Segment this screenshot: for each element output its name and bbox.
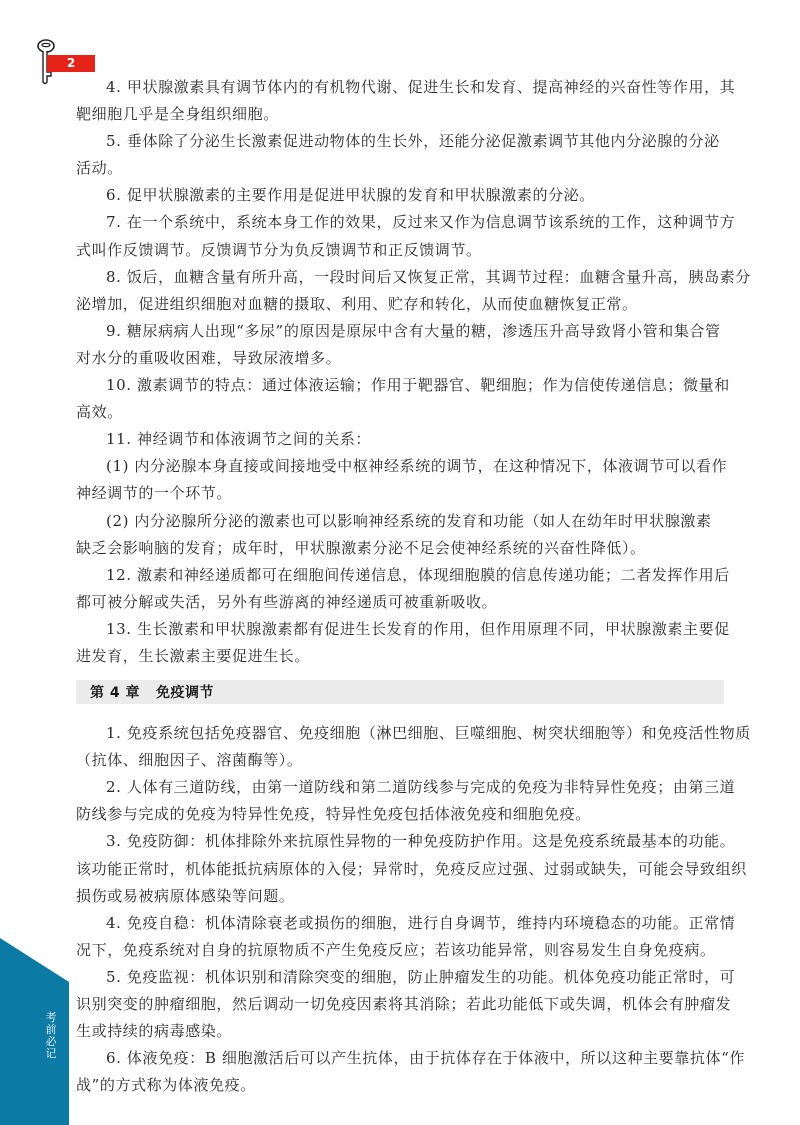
text-line: 况下，免疫系统对自身的抗原物质不产生免疫反应；若该功能异常，则容易发生自身免疫病… (76, 937, 736, 964)
text-line: 该功能正常时，机体能抵抗病原体的入侵；异常时，免疫反应过强、过弱或缺失，可能会导… (76, 856, 736, 883)
text-line: 5. 垂体除了分泌生长激素促进动物体的生长外，还能分泌促激素调节其他内分泌腺的分… (76, 128, 736, 155)
text-line: 都可被分解或失活，另外有些游离的神经递质可被重新吸收。 (76, 589, 736, 616)
chapter-name: 免疫调节 (156, 685, 214, 701)
text-line: 生或持续的病毒感染。 (76, 1018, 736, 1045)
section-immune-regulation: 1. 免疫系统包括免疫器官、免疫细胞（淋巴细胞、巨噬细胞、树突状细胞等）和免疫活… (76, 720, 736, 1099)
text-line: 2. 人体有三道防线，由第一道防线和第二道防线参与完成的免疫为非特异性免疫；由第… (76, 774, 736, 801)
text-line: 高效。 (76, 399, 736, 426)
text-line: （抗体、细胞因子、溶菌酶等）。 (76, 747, 736, 774)
text-line: 神经调节的一个环节。 (76, 480, 736, 507)
text-line: 7. 在一个系统中，系统本身工作的效果，反过来又作为信息调节该系统的工作，这种调… (76, 209, 736, 236)
text-line: 损伤或易被病原体感染等问题。 (76, 883, 736, 910)
text-line: 进发育，生长激素主要促进生长。 (76, 643, 736, 670)
text-line: 式叫作反馈调节。反馈调节分为负反馈调节和正反馈调节。 (76, 237, 736, 264)
text-line: 靶细胞几乎是全身组织细胞。 (76, 101, 736, 128)
text-line: 泌增加，促进组织细胞对血糖的摄取、利用、贮存和转化，从而使血糖恢复正常。 (76, 291, 736, 318)
text-line: 11. 神经调节和体液调节之间的关系： (76, 426, 736, 453)
text-line: 战”的方式称为体液免疫。 (76, 1072, 736, 1099)
text-line: 6. 体液免疫：B 细胞激活后可以产生抗体，由于抗体存在于体液中，所以这种主要靠… (76, 1045, 736, 1072)
document-body: 4. 甲状腺激素具有调节体内的有机物代谢、促进生长和发育、提高神经的兴奋性等作用… (76, 74, 736, 1099)
page-number-badge: 2 (47, 55, 95, 72)
text-line: 12. 激素和神经递质都可在细胞间传递信息，体现细胞膜的信息传递功能；二者发挥作… (76, 562, 736, 589)
text-line: 8. 饭后，血糖含量有所升高，一段时间后又恢复正常，其调节过程：血糖含量升高，胰… (76, 264, 736, 291)
text-line: 5. 免疫监视：机体识别和清除突变的细胞，防止肿瘤发生的功能。机体免疫功能正常时… (76, 964, 736, 991)
text-line: 10. 激素调节的特点：通过体液运输；作用于靶器官、靶细胞；作为信使传递信息；微… (76, 372, 736, 399)
text-line: 1. 免疫系统包括免疫器官、免疫细胞（淋巴细胞、巨噬细胞、树突状细胞等）和免疫活… (76, 720, 736, 747)
text-line: 防线参与完成的免疫为特异性免疫，特异性免疫包括体液免疫和细胞免疫。 (76, 801, 736, 828)
text-line: 4. 免疫自稳：机体清除衰老或损伤的细胞，进行自身调节，维持内环境稳态的功能。正… (76, 910, 736, 937)
chapter-title: 第 4 章免疫调节 (76, 682, 214, 702)
text-line: 活动。 (76, 155, 736, 182)
chapter-number: 第 4 章 (90, 685, 140, 701)
text-line: 13. 生长激素和甲状腺激素都有促进生长发育的作用，但作用原理不同，甲状腺激素主… (76, 616, 736, 643)
side-tab-label: 考前必记 (44, 1012, 58, 1060)
text-line: 3. 免疫防御：机体排除外来抗原性异物的一种免疫防护作用。这是免疫系统最基本的功… (76, 828, 736, 855)
text-line: 9. 糖尿病病人出现“多尿”的原因是原尿中含有大量的糖，渗透压升高导致肾小管和集… (76, 318, 736, 345)
text-line: (1) 内分泌腺本身直接或间接地受中枢神经系统的调节，在这种情况下，体液调节可以… (76, 453, 736, 480)
text-line: 识别突变的肿瘤细胞，然后调动一切免疫因素将其消除；若此功能低下或失调，机体会有肿… (76, 991, 736, 1018)
text-line: 对水分的重吸收困难，导致尿液增多。 (76, 345, 736, 372)
text-line: 缺乏会影响脑的发育；成年时，甲状腺激素分泌不足会使神经系统的兴奋性降低）。 (76, 535, 736, 562)
section-hormone-regulation: 4. 甲状腺激素具有调节体内的有机物代谢、促进生长和发育、提高神经的兴奋性等作用… (76, 74, 736, 670)
chapter-header: 第 4 章免疫调节 (76, 680, 724, 704)
page-number: 2 (67, 56, 75, 70)
text-line: 4. 甲状腺激素具有调节体内的有机物代谢、促进生长和发育、提高神经的兴奋性等作用… (76, 74, 736, 101)
text-line: 6. 促甲状腺激素的主要作用是促进甲状腺的发育和甲状腺激素的分泌。 (76, 182, 736, 209)
text-line: (2) 内分泌腺所分泌的激素也可以影响神经系统的发育和功能（如人在幼年时甲状腺激… (76, 508, 736, 535)
